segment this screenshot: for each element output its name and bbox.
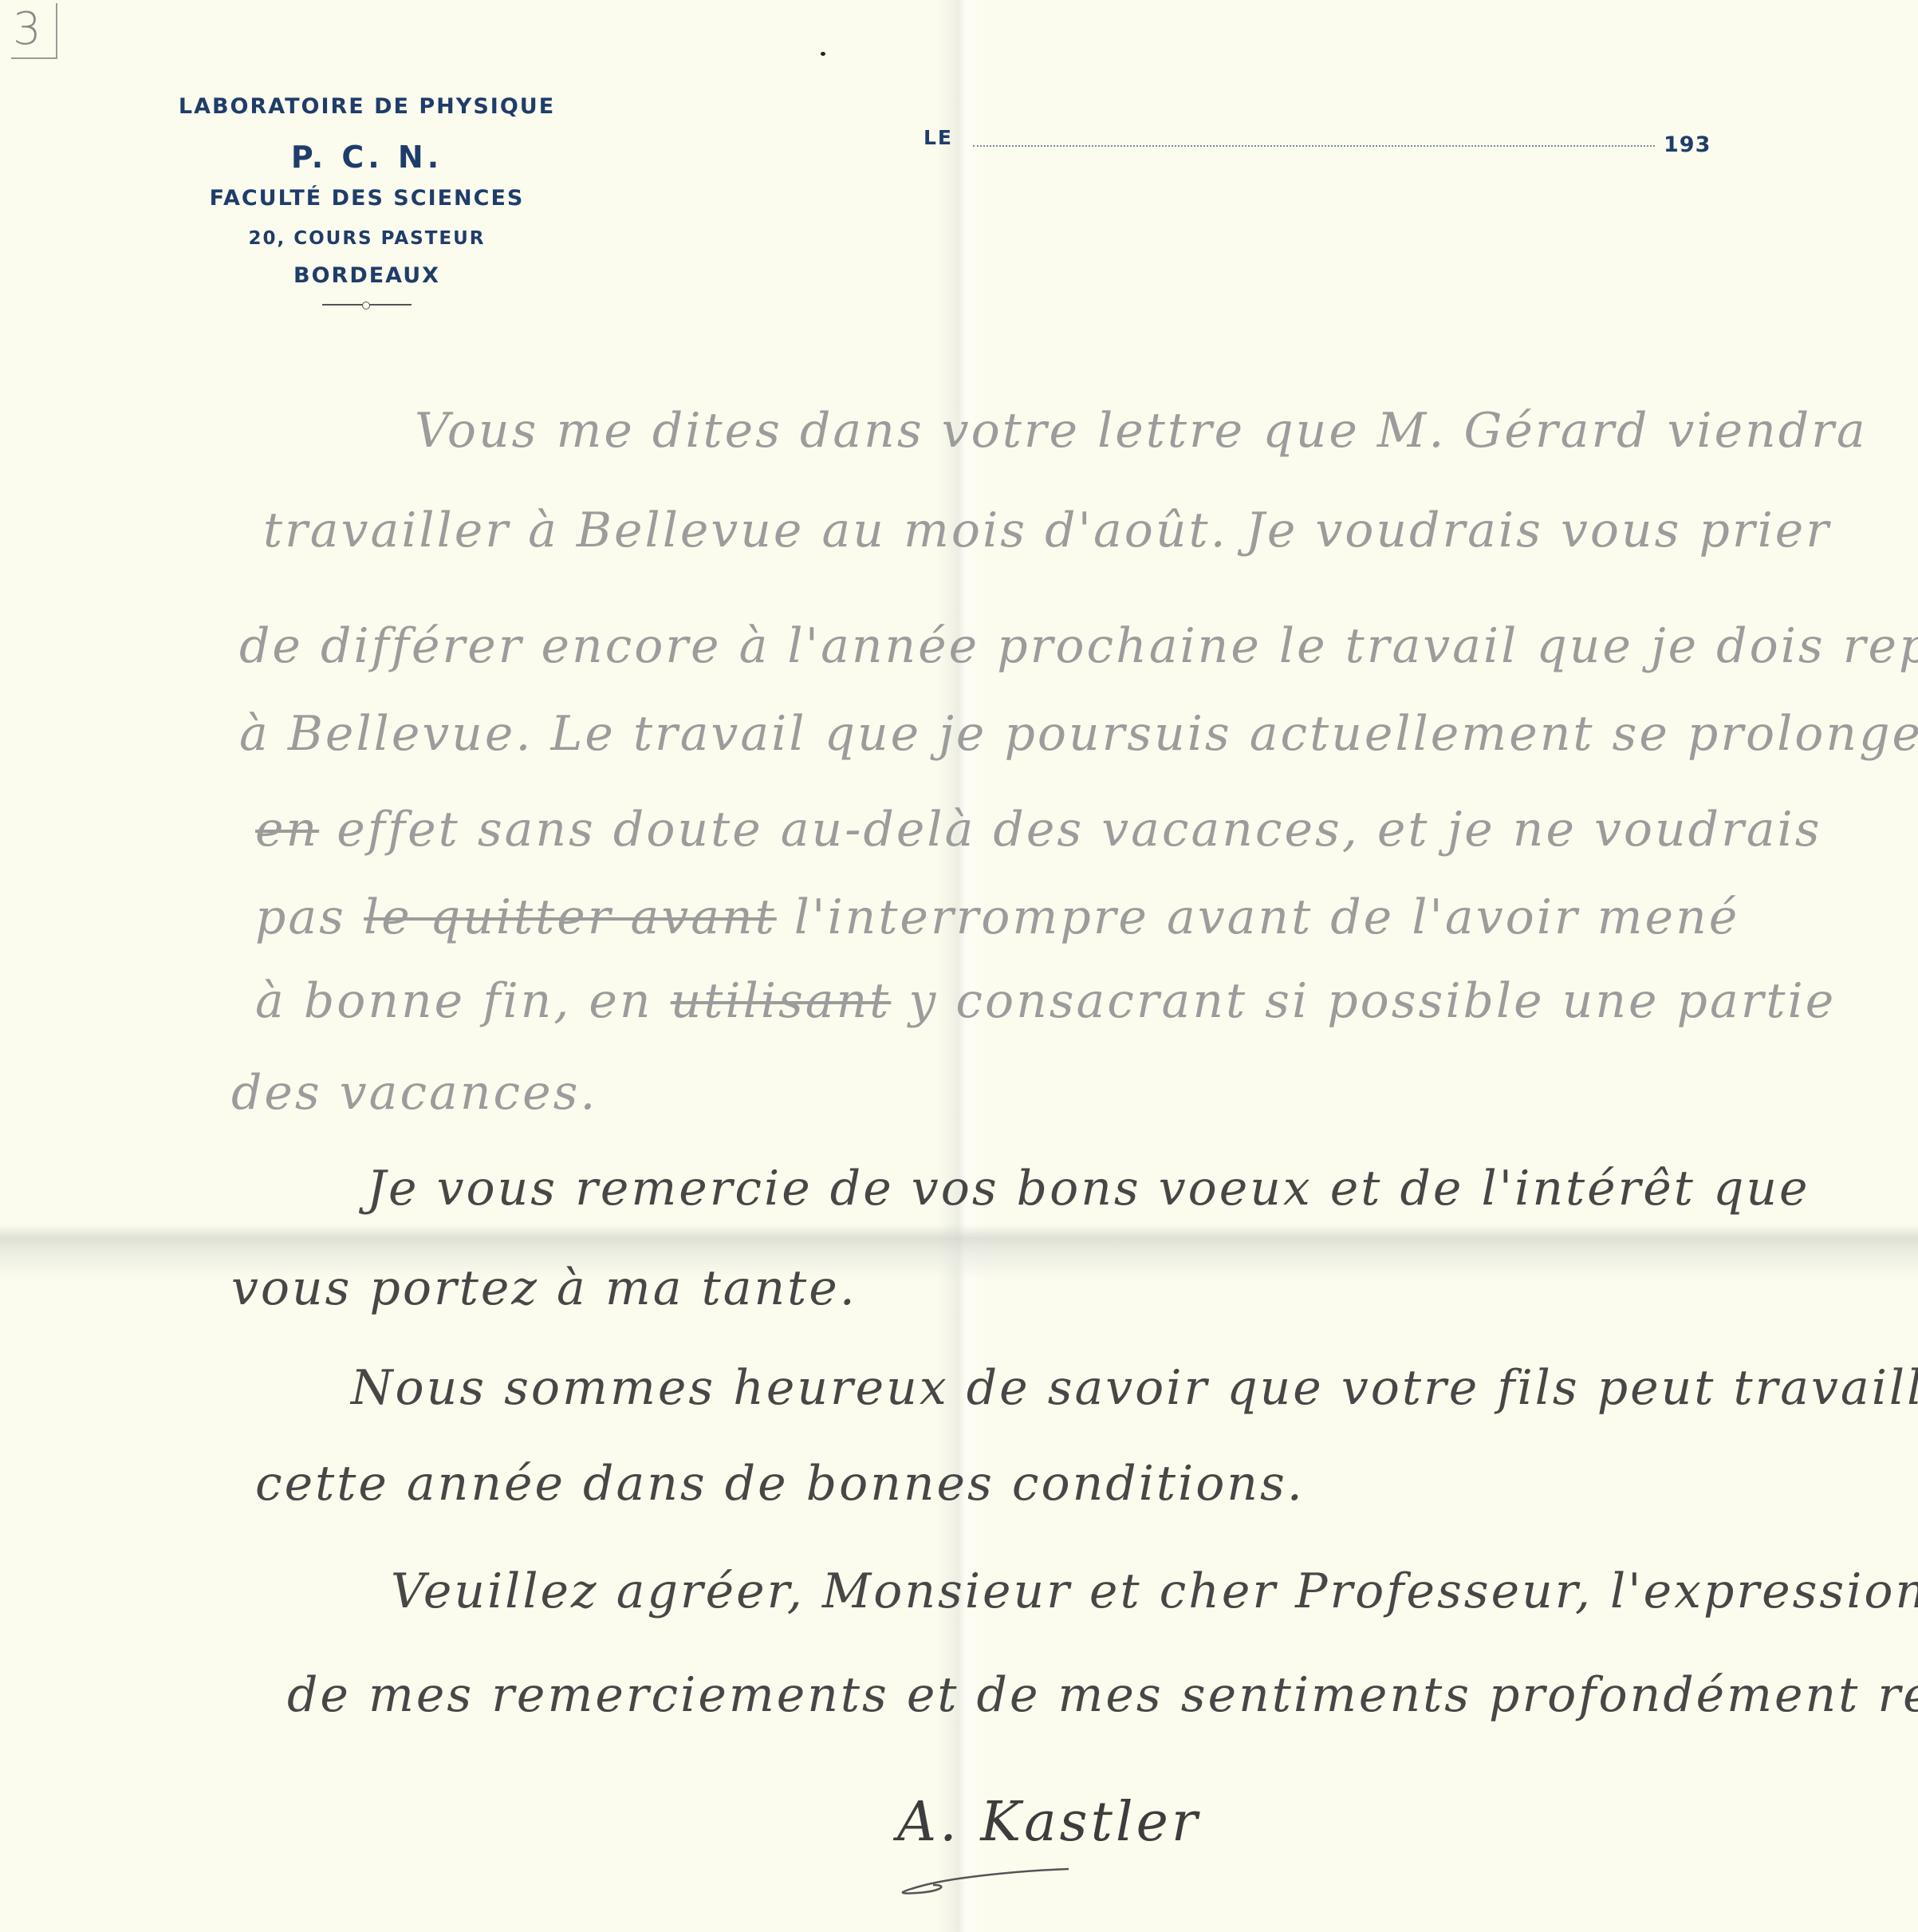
- letterhead-pcn: P. C. N.: [128, 140, 606, 175]
- paragraph1-line5: en effet sans doute au-delà des vacances…: [255, 798, 1822, 862]
- struck-word: utilisant: [671, 973, 892, 1029]
- letterhead-laboratory: LABORATOIRE DE PHYSIQUE: [128, 94, 606, 119]
- paragraph2-line2: vous portez à ma tante.: [231, 1256, 857, 1320]
- date-year-prefix: 193: [1664, 132, 1711, 157]
- paragraph1-line6: pas le quitter avant l'interrompre avant…: [255, 885, 1739, 949]
- date-prefix: LE: [924, 126, 953, 149]
- letterhead: LABORATOIRE DE PHYSIQUE P. C. N. FACULTÉ…: [128, 88, 606, 306]
- letterhead-ornament-rule: [322, 304, 412, 306]
- paragraph1-line1: Vous me dites dans votre lettre que M. G…: [415, 399, 1868, 463]
- paragraph3-line1: Nous sommes heureux de savoir que votre …: [351, 1356, 1918, 1420]
- letterhead-faculty: FACULTÉ DES SCIENCES: [128, 186, 606, 211]
- paragraph1-line8: des vacances.: [231, 1061, 597, 1125]
- paragraph2-line1: Je vous remercie de vos bons voeux et de…: [367, 1157, 1810, 1220]
- letterhead-city: BORDEAUX: [128, 263, 606, 288]
- date-dotted-line: [973, 145, 1655, 147]
- closing-line2: de mes remerciements et de mes sentiment…: [287, 1663, 1918, 1727]
- paragraph1-line3: de différer encore à l'année prochaine l…: [239, 614, 1918, 678]
- paragraph1-line7: à bonne fin, en utilisant y consacrant s…: [255, 969, 1836, 1033]
- struck-word: en: [255, 802, 319, 858]
- letterhead-street: 20, COURS PASTEUR: [128, 228, 606, 249]
- struck-phrase: le quitter avant: [364, 889, 777, 945]
- letter-page: 3 LABORATOIRE DE PHYSIQUE P. C. N. FACUL…: [0, 0, 1918, 1932]
- ink-speck: [821, 52, 825, 56]
- closing-line1: Veuillez agréer, Monsieur et cher Profes…: [391, 1559, 1918, 1623]
- paragraph3-line2: cette année dans de bonnes conditions.: [255, 1452, 1305, 1516]
- paragraph1-line4: à Bellevue. Le travail que je poursuis a…: [239, 702, 1918, 766]
- signature-underline-flourish: [893, 1863, 1077, 1895]
- date-field: LE 193: [924, 126, 1669, 158]
- signature: A. Kastler: [897, 1791, 1200, 1854]
- paragraph1-line2: travailler à Bellevue au mois d'août. Je…: [263, 499, 1831, 562]
- archive-number-mark: 3: [11, 3, 57, 59]
- vertical-fold-crease: [937, 0, 985, 1932]
